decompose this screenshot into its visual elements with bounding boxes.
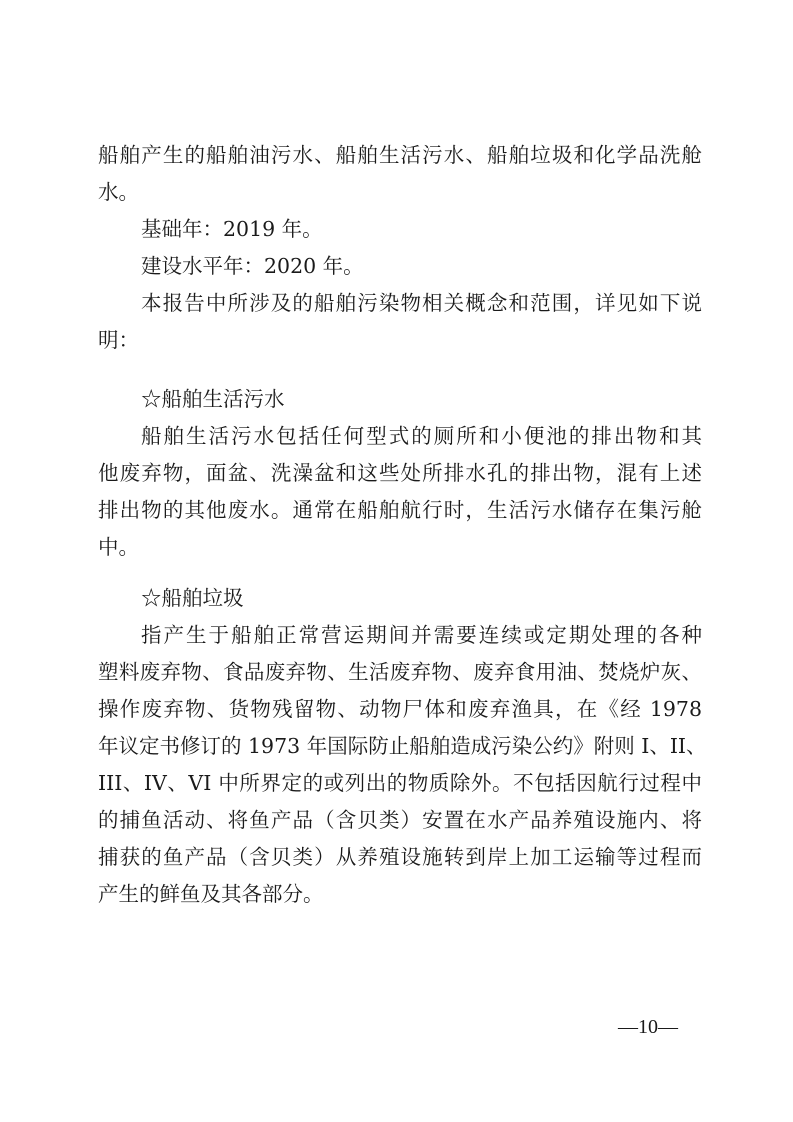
paragraph-line: 操作废弃物、货物残留物、动物尸体和废弃渔具，在《经 1978 bbox=[98, 695, 702, 723]
paragraph-line: 他废弃物，面盆、洗澡盆和这些处所排水孔的排出物，混有上述 bbox=[98, 459, 702, 487]
paragraph-line: 指产生于船舶正常营运期间并需要连续或定期处理的各种 bbox=[141, 621, 702, 649]
paragraph-line: 水。 bbox=[98, 178, 702, 206]
paragraph-line: III、IV、VI 中所界定的或列出的物质除外。不包括因航行过程中 bbox=[98, 769, 702, 797]
paragraph-line: 的捕鱼活动、将鱼产品（含贝类）安置在水产品养殖设施内、将 bbox=[98, 806, 702, 834]
paragraph-line: 产生的鲜鱼及其各部分。 bbox=[98, 880, 702, 908]
paragraph-line: 中。 bbox=[98, 533, 702, 561]
paragraph-line: 年议定书修订的 1973 年国际防止船舶造成污染公约》附则 I、II、 bbox=[98, 732, 702, 760]
section-heading-ship-garbage: ☆船舶垃圾 bbox=[141, 584, 702, 612]
paragraph-line: 明： bbox=[98, 326, 702, 354]
document-page: 船舶产生的船舶油污水、船舶生活污水、船舶垃圾和化学品洗舱 水。 基础年：2019… bbox=[0, 0, 793, 1122]
paragraph-line: 本报告中所涉及的船舶污染物相关概念和范围，详见如下说 bbox=[141, 289, 702, 317]
paragraph-line: 塑料废弃物、食品废弃物、生活废弃物、废弃食用油、焚烧炉灰、 bbox=[98, 658, 702, 686]
base-year-line: 基础年：2019 年。 bbox=[141, 215, 702, 243]
paragraph-line: 船舶生活污水包括任何型式的厕所和小便池的排出物和其 bbox=[141, 422, 702, 450]
paragraph-line: 船舶产生的船舶油污水、船舶生活污水、船舶垃圾和化学品洗舱 bbox=[98, 141, 702, 169]
section-heading-domestic-sewage: ☆船舶生活污水 bbox=[141, 385, 702, 413]
paragraph-line: 排出物的其他废水。通常在船舶航行时，生活污水储存在集污舱 bbox=[98, 496, 702, 524]
paragraph-line: 捕获的鱼产品（含贝类）从养殖设施转到岸上加工运输等过程而 bbox=[98, 843, 702, 871]
page-number: —10— bbox=[618, 1013, 678, 1041]
construction-year-line: 建设水平年：2020 年。 bbox=[141, 252, 702, 280]
